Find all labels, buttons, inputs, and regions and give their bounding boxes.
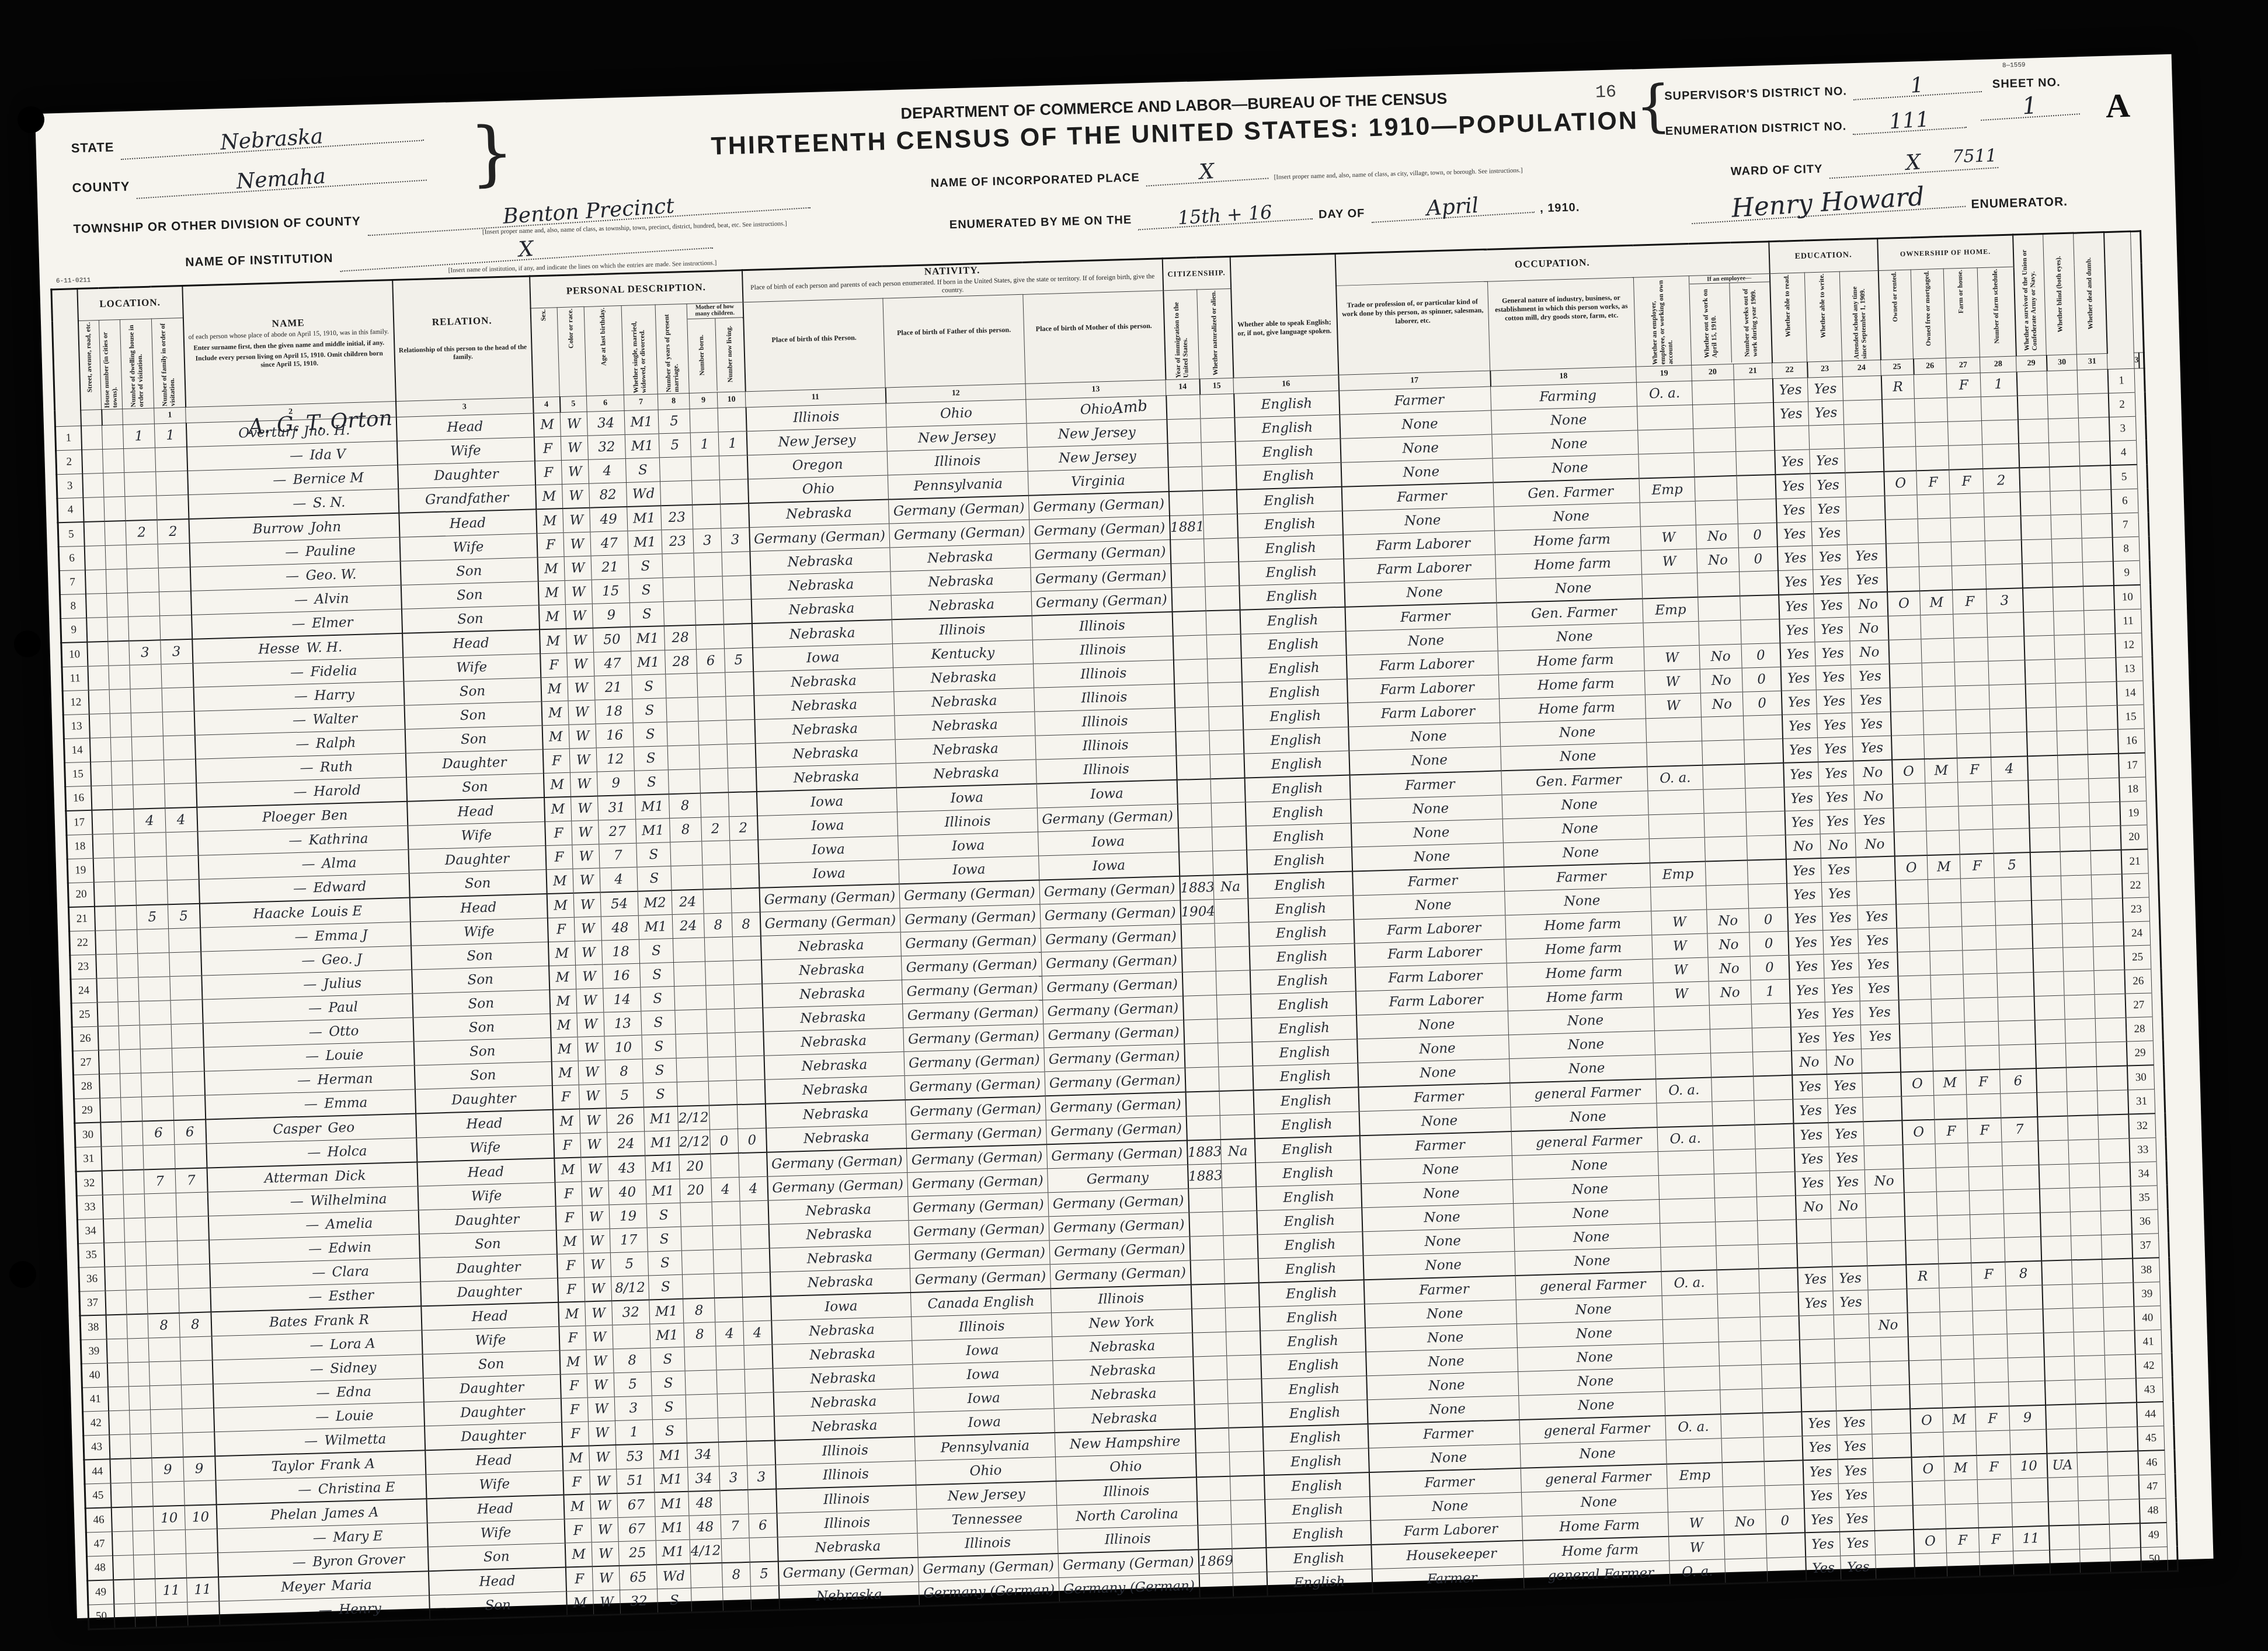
line-number: 21 <box>2121 849 2148 874</box>
cell-father_birthplace: Illinois <box>917 1529 1058 1557</box>
cell-employer <box>1648 789 1704 815</box>
cell-marital: S <box>651 1347 685 1372</box>
cell-war_survivor <box>2033 971 2064 996</box>
cell-farm_or_house <box>1953 613 1988 638</box>
cell-home_owned <box>1888 639 1922 664</box>
cell-read <box>1774 426 1810 451</box>
cell-immigration_year <box>1168 490 1203 515</box>
cell-write: Yes <box>1829 1145 1865 1171</box>
cell-children_living: 5 <box>725 647 753 672</box>
cell-years_married: 5 <box>658 409 690 433</box>
cell-mother_birthplace: Iowa <box>1036 780 1177 808</box>
cell-write: Yes <box>1816 689 1852 714</box>
cell-house <box>113 809 134 834</box>
column-number <box>102 409 123 425</box>
cell-relation: Son <box>406 773 544 801</box>
cell-farm_or_house <box>1963 973 1998 998</box>
cell-out_of_work <box>1714 1173 1756 1198</box>
line-number: 7 <box>2112 513 2139 537</box>
cell-age: 10 <box>604 1035 642 1060</box>
cell-immigration_year <box>1197 1500 1232 1525</box>
cell-house <box>123 1194 145 1218</box>
cell-trade: Farm Laborer <box>1348 699 1500 727</box>
state-value: Nebraska <box>120 121 424 160</box>
cell-industry: Home farm <box>1505 911 1652 939</box>
cell-school <box>1857 880 1896 905</box>
cell-out_of_work <box>1712 1100 1755 1126</box>
cell-sex: M <box>554 1157 582 1182</box>
cell-english: English <box>1237 511 1342 538</box>
cell-industry: None <box>1496 574 1643 602</box>
cell-war_survivor <box>2047 1476 2078 1501</box>
cell-home_owned <box>1905 1239 1939 1265</box>
col-years-married-header: Number of years of present marriage. <box>655 304 689 393</box>
cell-deaf <box>2097 1090 2128 1115</box>
institution-label: NAME OF INSTITUTION <box>185 252 333 270</box>
cell-read: Yes <box>1803 1459 1838 1484</box>
cell-trade: None <box>1360 1155 1512 1183</box>
line-number: 20 <box>68 882 94 907</box>
cell-children_living <box>749 1537 778 1562</box>
cell-home_free_mort <box>1917 494 1950 519</box>
cell-children_born <box>704 936 733 961</box>
cell-read: Yes <box>1775 450 1810 475</box>
cell-industry: general Farmer <box>1511 1127 1658 1155</box>
cell-years_married <box>691 1587 723 1612</box>
line-number: 25 <box>2124 945 2151 970</box>
cell-immigration_year <box>1191 1284 1225 1309</box>
cell-mother_birthplace: Illinois <box>1032 636 1173 664</box>
cell-trade: None <box>1353 891 1505 919</box>
cell-home_free_mort <box>1914 398 1947 423</box>
cell-read: Yes <box>1794 1147 1829 1172</box>
cell-relation: Son <box>401 605 539 633</box>
cell-trade: None <box>1364 1300 1516 1328</box>
cell-father_birthplace: Nebraska <box>890 544 1031 572</box>
line-number: 8 <box>60 594 86 618</box>
cell-out_of_work <box>1718 1317 1761 1342</box>
cell-immigration_year <box>1192 1332 1227 1357</box>
cell-weeks_out <box>1745 787 1785 812</box>
cell-dwelling <box>147 1288 179 1314</box>
cell-english: English <box>1250 967 1355 994</box>
cell-house <box>115 905 137 929</box>
cell-years_married <box>676 1057 708 1082</box>
cell-family <box>177 1240 209 1265</box>
cell-war_survivor <box>2044 1356 2075 1381</box>
cell-immigration_year <box>1177 803 1212 828</box>
cell-house <box>114 857 135 882</box>
cell-war_survivor <box>2048 1500 2079 1525</box>
cell-family <box>182 1408 214 1433</box>
cell-family <box>161 663 193 688</box>
cell-children_living <box>741 1248 770 1273</box>
cell-employer <box>1658 1150 1714 1176</box>
cell-home_owned <box>1895 879 1928 904</box>
cell-write: No <box>1830 1193 1866 1218</box>
cell-english: English <box>1249 943 1355 970</box>
cell-read: Yes <box>1787 882 1822 907</box>
cell-farm_or_house <box>1954 661 1989 686</box>
cell-mother_birthplace: Illinois <box>1034 684 1175 712</box>
cell-mother_birthplace: Germany <box>1048 1165 1188 1193</box>
cell-blind <box>2067 1091 2098 1116</box>
cell-street <box>113 1555 134 1580</box>
cell-house <box>106 569 127 593</box>
cell-industry: None <box>1518 1367 1665 1395</box>
cell-years_married: 23 <box>661 505 693 530</box>
cell-farm_or_house <box>1964 1021 1999 1046</box>
incorporated-line: NAME OF INCORPORATED PLACE X [Insert pro… <box>930 154 1522 191</box>
cell-farm_or_house: F <box>1979 1527 2013 1552</box>
township-label: TOWNSHIP OR OTHER DIVISION OF COUNTY <box>73 215 361 237</box>
cell-trade: Farmer <box>1345 602 1497 631</box>
cell-home_free_mort <box>1925 782 1959 807</box>
cell-naturalized <box>1231 1499 1265 1524</box>
cell-farm_schedule: 6 <box>2000 1068 2037 1093</box>
cell-trade: None <box>1370 1492 1522 1520</box>
column-number: 28 <box>1980 356 2017 373</box>
cell-school: Yes <box>1852 712 1891 737</box>
enumerated-label: ENUMERATED BY ME ON THE <box>949 214 1132 232</box>
cell-farm_schedule <box>1998 1020 2035 1045</box>
cell-deaf <box>2100 1186 2131 1211</box>
cell-english: English <box>1256 1184 1362 1211</box>
cell-industry: None <box>1494 503 1640 531</box>
cell-children_living <box>719 479 748 504</box>
cell-trade: None <box>1351 819 1503 847</box>
cell-birthplace: Nebraska <box>773 1364 913 1392</box>
cell-farm_or_house <box>1949 444 1983 469</box>
cell-farm_or_house <box>1978 1503 2012 1528</box>
cell-father_birthplace: New Jersey <box>886 423 1027 451</box>
cell-home_owned <box>1908 1360 1942 1385</box>
cell-trade: None <box>1350 795 1502 823</box>
cell-farm_schedule <box>2002 1165 2039 1190</box>
cell-children_living <box>740 1200 768 1225</box>
cell-out_of_work: No <box>1700 668 1742 693</box>
cell-marital: S <box>629 578 663 603</box>
cell-weeks_out <box>1736 450 1775 475</box>
cell-weeks_out <box>1763 1412 1802 1437</box>
cell-children_living <box>740 1224 769 1249</box>
cell-house <box>109 665 130 689</box>
cell-color: W <box>578 1036 605 1061</box>
cell-mother_birthplace: Illinois <box>1058 1525 1198 1554</box>
enumeration-line: ENUMERATION DISTRICT NO. 111 <box>1665 110 1967 139</box>
cell-write: Yes <box>1838 1458 1873 1483</box>
cell-trade: Farm Laborer <box>1344 555 1496 583</box>
cell-out_of_work <box>1713 1124 1755 1150</box>
cell-war_survivor <box>2049 1525 2080 1550</box>
cell-write: Yes <box>1822 905 1858 931</box>
line-number: 31 <box>75 1147 102 1172</box>
cell-weeks_out <box>1737 499 1776 524</box>
cell-farm_or_house: F <box>1953 589 1987 614</box>
cell-naturalized <box>1216 994 1251 1019</box>
col-war-header: Whether a survivor of the Union or Confe… <box>2013 234 2047 356</box>
cell-home_free_mort <box>1937 1214 1971 1239</box>
cell-marital: S <box>641 1010 676 1035</box>
col-employee-group-header: If an employee— Whether out of work on A… <box>1689 273 1772 365</box>
cell-house <box>118 1001 140 1026</box>
cell-family: 4 <box>165 807 197 832</box>
cell-farm_or_house <box>1970 1214 2005 1239</box>
cell-farm_schedule: 10 <box>2010 1453 2047 1478</box>
cell-years_married: 20 <box>679 1154 711 1179</box>
cell-street <box>102 1194 124 1219</box>
cell-school: No <box>1855 832 1894 857</box>
cell-farm_schedule <box>2006 1285 2043 1310</box>
cell-home_free_mort <box>1943 1431 1977 1456</box>
cell-sex: M <box>542 725 569 749</box>
cell-blind <box>2054 635 2085 659</box>
column-number: 7 <box>624 394 658 411</box>
cell-out_of_work <box>1715 1197 1758 1222</box>
cell-english: English <box>1247 847 1352 875</box>
year-label: , 1910. <box>1540 201 1580 216</box>
cell-home_free_mort <box>1931 998 1964 1023</box>
cell-years_married: 5 <box>659 433 691 457</box>
cell-write: Yes <box>1810 472 1846 497</box>
cell-industry: Home farm <box>1523 1537 1669 1565</box>
cell-naturalized <box>1219 1090 1254 1115</box>
cell-name: — Henry <box>219 1595 430 1625</box>
cell-dwelling <box>127 568 159 593</box>
cell-weeks_out <box>1760 1316 1799 1341</box>
cell-marital: M1 <box>638 914 673 939</box>
cell-out_of_work <box>1693 403 1735 429</box>
cell-farm_or_house <box>1977 1479 2012 1504</box>
cell-school <box>1874 1505 1913 1530</box>
cell-relation: Daughter <box>398 461 535 489</box>
cell-age: 14 <box>603 987 641 1012</box>
cell-color: W <box>593 1590 621 1615</box>
cell-relation: Son <box>411 942 549 970</box>
cell-sex: M <box>536 508 563 534</box>
cell-mother_birthplace: North Carolina <box>1057 1502 1198 1530</box>
cell-deaf <box>2085 633 2116 658</box>
cell-house <box>123 1169 144 1194</box>
cell-deaf <box>2109 1523 2140 1548</box>
cell-relation: Head <box>417 1158 555 1186</box>
cell-write: Yes <box>1828 1121 1864 1147</box>
cell-father_birthplace: Germany (German) <box>889 520 1030 548</box>
cell-home_owned <box>1904 1192 1937 1217</box>
cell-age: 43 <box>608 1155 646 1180</box>
cell-farm_schedule <box>2013 1550 2050 1576</box>
cell-naturalized <box>1218 1042 1253 1067</box>
cell-school <box>1870 1360 1909 1385</box>
cell-naturalized <box>1210 754 1244 779</box>
cell-industry: None <box>1508 1006 1654 1035</box>
cell-farm_or_house <box>1967 1093 2001 1119</box>
cell-blind <box>2052 562 2083 587</box>
cell-weeks_out <box>1755 1148 1794 1173</box>
cell-farm_schedule <box>1998 996 2034 1021</box>
col-father-birthplace-header: Place of birth of Father of this person. <box>883 294 1025 388</box>
cell-birthplace: Illinois <box>777 1509 917 1537</box>
cell-relation: Daughter <box>418 1206 556 1234</box>
cell-birthplace: Nebraska <box>763 1027 904 1056</box>
cell-sex: M <box>551 1061 579 1085</box>
cell-trade: None <box>1349 747 1501 775</box>
cell-children_born <box>702 865 731 890</box>
cell-children_born: 0 <box>710 1128 739 1154</box>
cell-father_birthplace: Illinois <box>887 447 1028 475</box>
cell-school: No <box>1865 1169 1904 1194</box>
cell-industry: None <box>1521 1488 1668 1516</box>
cell-war_survivor <box>2025 683 2056 708</box>
cell-school: Yes <box>1858 928 1897 953</box>
cell-naturalized <box>1204 538 1239 563</box>
cell-sex: F <box>552 1085 579 1110</box>
cell-war_survivor <box>2027 755 2058 780</box>
cell-immigration_year <box>1183 995 1218 1020</box>
cell-out_of_work <box>1725 1558 1768 1583</box>
cell-relation: Son <box>412 966 549 994</box>
cell-relation: Wife <box>408 821 545 849</box>
cell-house <box>110 737 132 761</box>
cell-father_birthplace: Iowa <box>898 832 1039 860</box>
cell-children_born <box>708 1056 736 1081</box>
cell-trade: None <box>1362 1227 1515 1255</box>
cell-weeks_out <box>1756 1196 1796 1221</box>
cell-father_birthplace: Nebraska <box>891 591 1032 619</box>
col-farm-house-header: Farm or house. <box>1943 267 1980 358</box>
cell-father_birthplace: Germany (German) <box>907 1169 1048 1197</box>
cell-war_survivor <box>2034 995 2065 1020</box>
cell-home_free_mort <box>1941 1359 1974 1384</box>
cell-children_living <box>739 1152 767 1177</box>
cell-age: 5 <box>610 1252 648 1277</box>
cell-blind <box>2065 1018 2096 1043</box>
cell-war_survivor <box>2040 1212 2071 1236</box>
cell-sex: M <box>539 629 566 654</box>
cell-house <box>131 1482 153 1507</box>
cell-house <box>133 1555 155 1579</box>
cell-home_owned: O <box>1902 1120 1935 1145</box>
cell-dwelling <box>151 1409 183 1433</box>
cell-write <box>1831 1217 1867 1242</box>
cell-weeks_out <box>1745 763 1784 788</box>
cell-relation: Head <box>426 1495 564 1523</box>
cell-father_birthplace: Germany (German) <box>903 1000 1043 1028</box>
cell-farm_or_house <box>1956 709 1990 734</box>
cell-family <box>184 1481 216 1506</box>
cell-birthplace: Nebraska <box>750 548 890 576</box>
cell-years_married <box>681 1226 713 1251</box>
cell-age: 9 <box>597 771 635 796</box>
cell-house <box>107 616 129 641</box>
cell-birthplace: Nebraska <box>778 1582 919 1610</box>
cell-father_birthplace: Iowa <box>912 1336 1053 1364</box>
cell-mother_birthplace: Germany (German) <box>1058 1549 1199 1577</box>
cell-children_born <box>697 673 726 697</box>
cell-home_owned <box>1899 1023 1932 1048</box>
cell-employer <box>1647 741 1703 767</box>
cell-street <box>92 834 114 858</box>
cell-write: Yes <box>1824 953 1859 978</box>
cell-sex: F <box>556 1253 584 1278</box>
column-number: 30 <box>2047 354 2078 371</box>
cell-war_survivor <box>2023 611 2054 636</box>
cell-family: 1 <box>154 423 186 447</box>
cell-school <box>1872 1433 1911 1458</box>
line-number: 1 <box>55 426 81 450</box>
sheet-value: 1 <box>1980 92 2080 121</box>
cell-industry: general Farmer <box>1519 1416 1666 1444</box>
cell-family <box>156 494 189 520</box>
cell-war_survivor <box>2027 731 2058 756</box>
sheet-letter: A <box>2105 86 2131 126</box>
cell-dwelling <box>140 1024 172 1049</box>
cell-blind <box>2064 970 2095 995</box>
cell-employer <box>1661 1246 1717 1272</box>
cell-house <box>119 1049 141 1074</box>
cell-house <box>132 1506 154 1531</box>
cell-children_born <box>722 1586 751 1611</box>
cell-children_living <box>728 792 757 817</box>
cell-farm_schedule: 2 <box>1983 468 2020 493</box>
cell-street <box>89 713 110 738</box>
cell-family <box>170 976 202 1000</box>
cell-war_survivor <box>2043 1332 2074 1357</box>
cell-family <box>176 1216 208 1241</box>
cell-industry: Gen. Farmer <box>1497 598 1643 626</box>
cell-read: Yes <box>1802 1435 1838 1460</box>
cell-employer <box>1648 813 1705 839</box>
column-number: 10 <box>717 391 746 407</box>
cell-dwelling <box>146 1241 178 1265</box>
col-marital-header: Whether single, married, widowed, or div… <box>621 305 658 395</box>
cell-war_survivor <box>2032 900 2062 924</box>
cell-weeks_out: 1 <box>1751 979 1790 1004</box>
cell-war_survivor <box>2020 491 2051 515</box>
line-number: 25 <box>71 1002 98 1027</box>
line-number: 3 <box>2109 416 2137 441</box>
cell-birthplace: Nebraska <box>750 572 891 600</box>
column-number: 23 <box>1807 361 1843 378</box>
cell-farm_schedule <box>1993 828 2030 853</box>
cell-home_owned: O <box>1884 471 1917 496</box>
cell-birthplace: Nebraska <box>766 1124 907 1152</box>
cell-weeks_out <box>1758 1220 1797 1245</box>
cell-home_free_mort <box>1942 1382 1975 1408</box>
cell-blind <box>2048 418 2079 443</box>
cell-trade: Farmer <box>1359 1131 1512 1160</box>
cell-trade: Farmer <box>1369 1468 1521 1497</box>
cell-marital: S <box>633 722 667 747</box>
cell-immigration_year <box>1195 1428 1229 1453</box>
cell-out_of_work <box>1716 1245 1759 1270</box>
cell-street <box>96 978 118 1002</box>
cell-children_born: 8 <box>722 1562 750 1587</box>
cell-sex: M <box>549 965 576 990</box>
cell-dwelling: 1 <box>123 424 155 448</box>
county-line: COUNTY Nemaha <box>72 166 427 196</box>
cell-farm_or_house: F <box>1977 1454 2011 1479</box>
cell-home_free_mort <box>1922 662 1955 687</box>
cell-color: W <box>572 844 600 869</box>
cell-out_of_work <box>1704 812 1747 837</box>
cell-marital: M1 <box>655 1516 690 1541</box>
cell-house <box>119 1025 140 1050</box>
cell-color: W <box>572 820 599 845</box>
cell-age: 32 <box>612 1300 650 1325</box>
line-number: 23 <box>2123 897 2150 922</box>
cell-english: English <box>1254 1112 1359 1139</box>
